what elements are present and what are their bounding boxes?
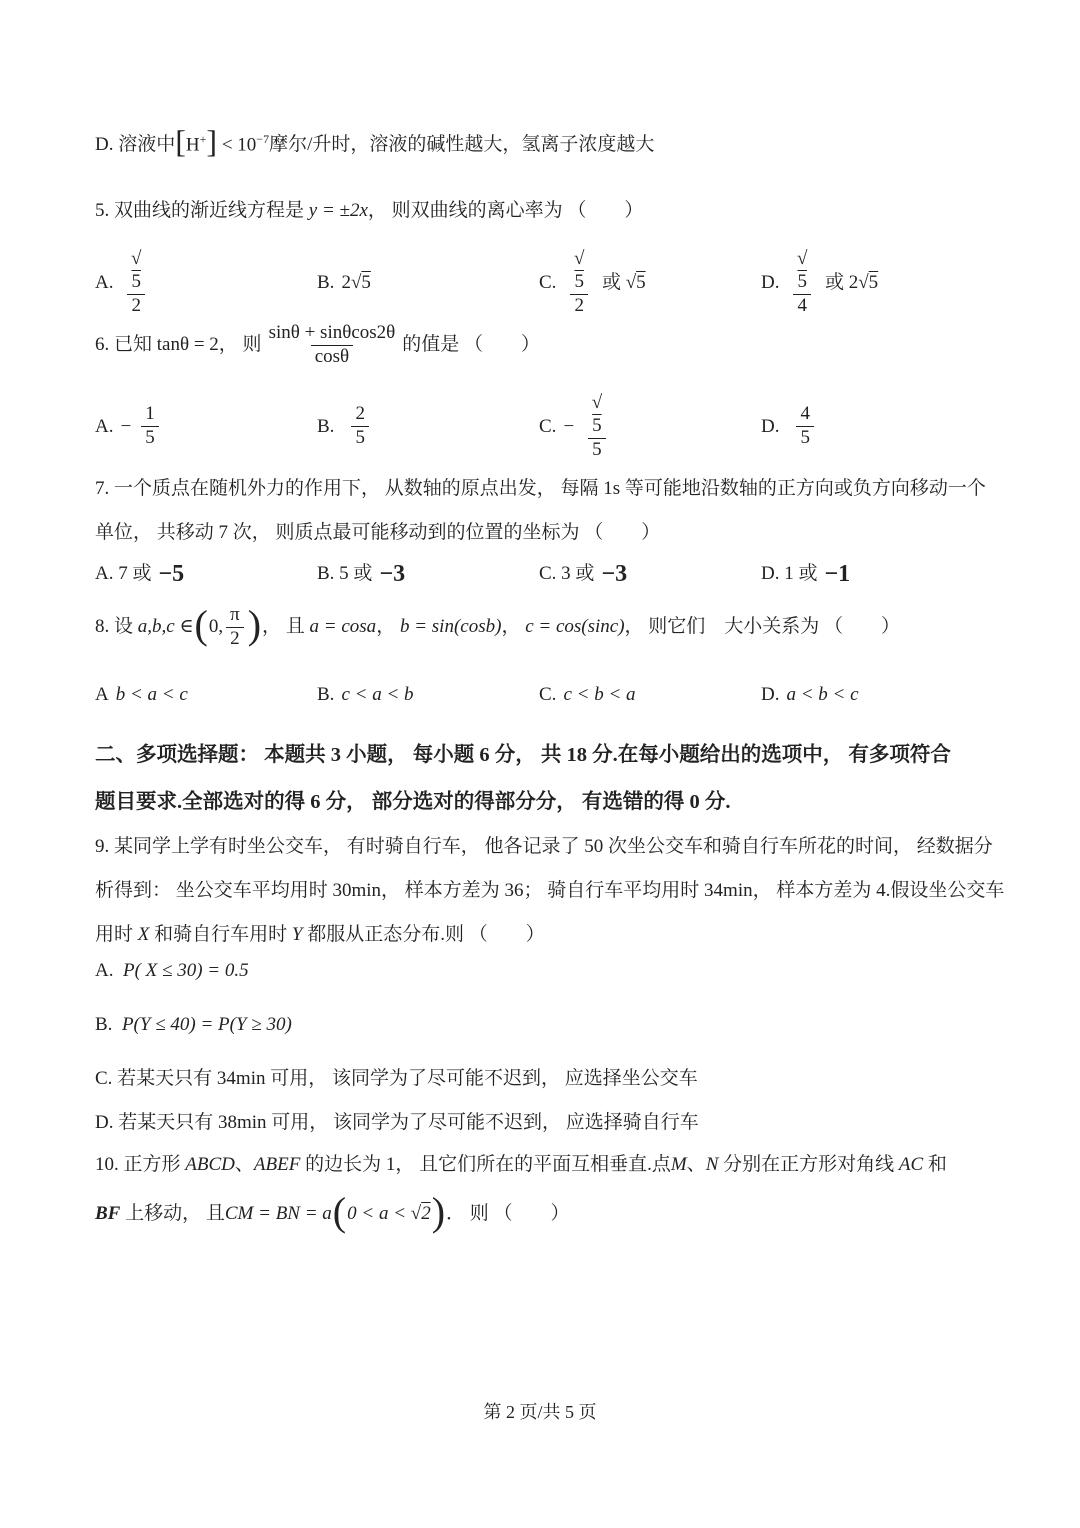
h-ion: H+ xyxy=(186,131,207,158)
trig-fraction: sinθ + sinθcos2θcosθ xyxy=(265,322,400,369)
option-label: D. xyxy=(761,414,779,440)
section-2-heading-line2: 题目要求.全部选对的得 6 分， 部分选对的得部分分， 有选错的得 0 分. xyxy=(95,789,992,817)
question-7-line2: 单位， 共移动 7 次， 则质点最可能移动到的位置的坐标为 （ ） xyxy=(95,520,992,546)
eq-b: b = sin(cosb) xyxy=(400,614,501,640)
option-label: D. xyxy=(95,132,113,158)
option-label: C. xyxy=(539,270,556,296)
option-label: B. xyxy=(317,414,334,440)
text-mid: 和骑自行车用时 xyxy=(154,922,287,948)
option-value: c < a < b xyxy=(341,682,413,708)
comma: ， xyxy=(501,614,520,640)
question-7-line1: 7. 一个质点在随机外力的作用下， 从数轴的原点出发， 每隔 1s 等可能地沿数… xyxy=(95,476,992,502)
q6-option-c: C. − √55 xyxy=(539,392,761,461)
q9-option-d: D. 若某天只有 38min 可用， 该同学为了尽可能不迟到， 应选择骑自行车 xyxy=(95,1110,992,1136)
paren-open: ( xyxy=(195,607,208,643)
option-math: P( X ≤ 30) = 0.5 xyxy=(123,958,249,984)
q7-option-a: A. 7 或 −5 xyxy=(95,558,317,590)
option-label: A. xyxy=(95,414,113,440)
section-2-heading-line1: 二、多项选择题： 本题共 3 小题， 每小题 6 分， 共 18 分.在每小题给… xyxy=(95,742,992,770)
option-value: a < b < c xyxy=(786,682,858,708)
fraction: 15 xyxy=(141,403,159,450)
question-8-stem: 8. 设 a,b,c ∈ ( 0, π2 ) ， 且 a = cosa ， b … xyxy=(95,604,992,651)
point-m: M xyxy=(671,1152,687,1178)
square-abef: ABEF xyxy=(254,1152,300,1178)
option-value: −5 xyxy=(158,558,184,590)
option-label: B. xyxy=(317,270,334,296)
option-tail: 或 √5 xyxy=(602,270,646,296)
option-value: b < a < c xyxy=(116,682,188,708)
option-math: P(Y ≤ 40) = P(Y ≥ 30) xyxy=(122,1012,292,1038)
paren-close: ) xyxy=(248,607,261,643)
q6-option-b: B. 25 xyxy=(317,403,539,450)
option-label: D. xyxy=(761,270,779,296)
text-mid3: 和 xyxy=(928,1152,947,1178)
question-7-options: A. 7 或 −5 B. 5 或 −3 C. 3 或 −3 D. 1 或 −1 xyxy=(95,558,992,590)
q6-option-d: D. 45 xyxy=(761,403,817,450)
question-9-line2: 析得到： 坐公交车平均用时 30min， 样本方差为 36； 骑自行车平均用时 … xyxy=(95,878,992,904)
text-post: ． 则 （ ） xyxy=(446,1201,570,1227)
option-text: A. 7 或 xyxy=(95,561,151,587)
question-10-line1: 10. 正方形 ABCD 、 ABEF 的边长为 1， 且它们所在的平面互相垂直… xyxy=(95,1152,992,1178)
square-abcd: ABCD xyxy=(185,1152,235,1178)
stem-mid: ， 且 xyxy=(262,614,305,640)
fraction: √54 xyxy=(789,248,815,317)
q5-option-c: C. √52 或 √5 xyxy=(539,248,761,317)
question-4-option-d: D. 溶液中 [ H+ ] < 10−7 摩尔/升时，溶液的碱性越大，氢离子浓度… xyxy=(95,130,992,159)
paren-close: ) xyxy=(432,1194,445,1230)
stem-pre: 5. 双曲线的渐近线方程是 xyxy=(95,198,304,224)
question-9-line3: 用时 X 和骑自行车用时 Y 都服从正态分布.则 （ ） xyxy=(95,922,992,948)
comma: ， xyxy=(376,614,395,640)
option-label: A. xyxy=(95,958,113,984)
fraction: √55 xyxy=(584,392,610,461)
option-value: c < b < a xyxy=(563,682,635,708)
q9-option-a: A. P( X ≤ 30) = 0.5 xyxy=(95,958,992,984)
text-mid: 上移动， 且 xyxy=(125,1201,225,1227)
diagonal-bf: BF xyxy=(95,1201,120,1227)
option-tail: 或 2√5 xyxy=(825,270,878,296)
interval-left: 0, xyxy=(209,614,223,640)
text-post: 都服从正态分布.则 （ ） xyxy=(307,922,545,948)
stem-pre: 8. 设 xyxy=(95,614,133,640)
option-label: C. xyxy=(539,682,556,708)
q8-option-b: B. c < a < b xyxy=(317,682,539,708)
option-text: D. 1 或 xyxy=(761,561,817,587)
q9-option-c: C. 若某天只有 34min 可用， 该同学为了尽可能不迟到， 应选择坐公交车 xyxy=(95,1066,992,1092)
option-value: −3 xyxy=(601,558,627,590)
question-6-stem: 6. 已知 tanθ = 2 ， 则 sinθ + sinθcos2θcosθ … xyxy=(95,322,992,369)
option-value: −1 xyxy=(824,558,850,590)
eq-a: a = cosa xyxy=(310,614,377,640)
question-5-options: A. √52 B. 2√5 C. √52 或 √5 D. √54 或 2√5 xyxy=(95,248,992,317)
option-label: A xyxy=(95,682,109,708)
tan-condition: tanθ = 2 xyxy=(157,332,219,358)
q7-option-b: B. 5 或 −3 xyxy=(317,558,539,590)
page-number: 第 2 页/共 5 页 xyxy=(0,1398,1080,1424)
q8-option-c: C. c < b < a xyxy=(539,682,761,708)
text-pre: 10. 正方形 xyxy=(95,1152,181,1178)
text-mid1: 的边长为 1， 且它们所在的平面互相垂直.点 xyxy=(305,1152,671,1178)
diagonal-ac: AC xyxy=(899,1152,923,1178)
q6-option-a: A. − 15 xyxy=(95,403,317,450)
asymptote-equation: y = ±2x xyxy=(309,198,368,224)
stem-post: ， 则双曲线的离心率为 （ ） xyxy=(368,198,644,224)
text-mid2: 分别在正方形对角线 xyxy=(723,1152,894,1178)
q8-option-d: D. a < b < c xyxy=(761,682,859,708)
q7-option-d: D. 1 或 −1 xyxy=(761,558,850,590)
var-x: X xyxy=(138,922,150,948)
eq-c: c = cos(sinc) xyxy=(525,614,624,640)
option-label: A. xyxy=(95,270,113,296)
point-n: N xyxy=(706,1152,719,1178)
option-text: C. 3 或 xyxy=(539,561,594,587)
option-label: B. xyxy=(317,682,334,708)
q5-option-d: D. √54 或 2√5 xyxy=(761,248,878,317)
q5-option-a: A. √52 xyxy=(95,248,317,317)
fraction: √52 xyxy=(123,248,149,317)
q5-option-b: B. 2√5 xyxy=(317,270,539,296)
cm-bn-equation: CM = BN = a xyxy=(225,1201,332,1227)
minus-sign: − xyxy=(120,414,131,440)
option-text: B. 5 或 xyxy=(317,561,372,587)
var-y: Y xyxy=(292,922,303,948)
option-text-post: 摩尔/升时，溶液的碱性越大，氢离子浓度越大 xyxy=(269,132,654,158)
option-value: 2√5 xyxy=(341,270,370,296)
bracket-close: ] xyxy=(206,127,217,156)
q9-option-b: B. P(Y ≤ 40) = P(Y ≥ 30) xyxy=(95,1012,992,1038)
bracket-open: [ xyxy=(175,127,186,156)
stem-mid: ， 则 xyxy=(219,332,262,358)
question-6-options: A. − 15 B. 25 C. − √55 D. 45 xyxy=(95,392,992,461)
fraction: 25 xyxy=(351,403,369,450)
stem-post: ， 则它们 大小关系为 （ ） xyxy=(625,614,901,640)
q8-option-a: A b < a < c xyxy=(95,682,317,708)
question-9-line1: 9. 某同学上学有时坐公交车， 有时骑自行车， 他各记录了 50 次坐公交车和骑… xyxy=(95,834,992,860)
minus-sign: − xyxy=(563,414,574,440)
stem-post: 的值是 （ ） xyxy=(402,332,540,358)
separator: 、 xyxy=(235,1152,254,1178)
fraction: 45 xyxy=(796,403,814,450)
fraction: √52 xyxy=(566,248,592,317)
question-10-line2: BF 上移动， 且 CM = BN = a ( 0 < a < √2 ) ． 则… xyxy=(95,1196,992,1232)
variables: a,b,c ∈ xyxy=(138,614,194,640)
option-label: D. xyxy=(761,682,779,708)
q7-option-c: C. 3 或 −3 xyxy=(539,558,761,590)
paren-open: ( xyxy=(333,1194,346,1230)
inequality: < 10−7 xyxy=(217,131,269,158)
option-text-pre: 溶液中 xyxy=(118,132,175,158)
text-pre: 用时 xyxy=(95,922,133,948)
pi-over-2: π2 xyxy=(226,604,244,651)
a-range: 0 < a < √2 xyxy=(347,1201,431,1227)
separator: 、 xyxy=(687,1152,706,1178)
question-5-stem: 5. 双曲线的渐近线方程是 y = ±2x ， 则双曲线的离心率为 （ ） xyxy=(95,198,992,224)
question-8-options: A b < a < c B. c < a < b C. c < b < a D.… xyxy=(95,682,992,708)
stem-pre: 6. 已知 xyxy=(95,332,152,358)
option-label: B. xyxy=(95,1012,112,1038)
option-value: −3 xyxy=(379,558,405,590)
option-label: C. xyxy=(539,414,556,440)
